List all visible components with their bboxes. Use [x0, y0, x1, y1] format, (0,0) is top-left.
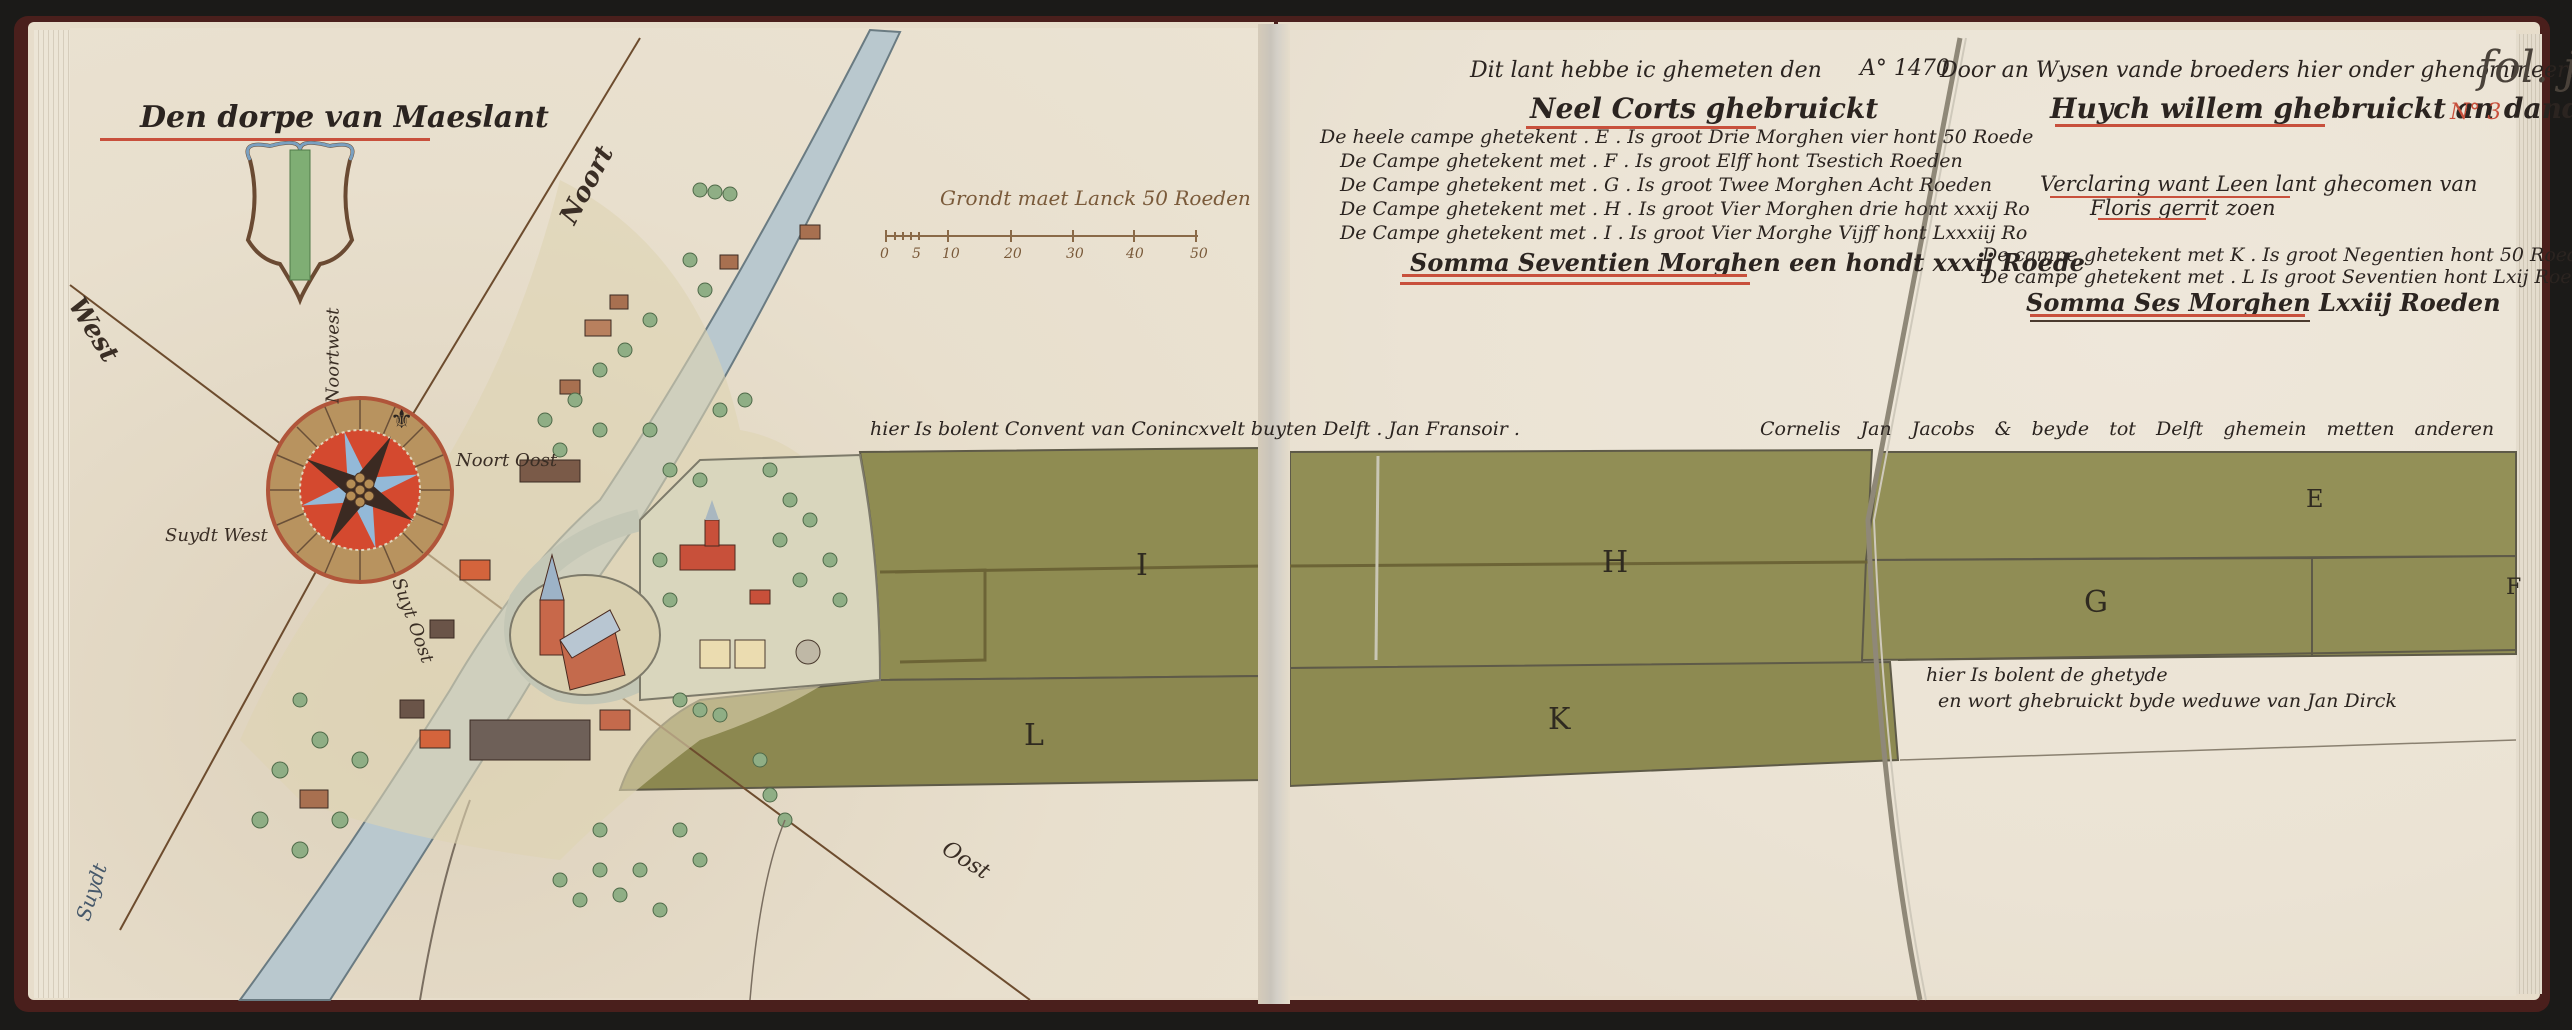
- field-label-I: I: [1136, 548, 1148, 583]
- scale-bar-title: Grondt maet Lanck 50 Roeden: [940, 186, 1251, 210]
- field-label-G: G: [2084, 585, 2108, 620]
- compass-rose[interactable]: ⚜: [268, 398, 452, 582]
- scale-tick-20: 20: [1004, 246, 1022, 262]
- bottom-note-line2: en wort ghebruickt byde weduwe van Jan D…: [1938, 690, 2397, 712]
- section2-subtitle: Floris gerrit zoen: [2090, 196, 2276, 220]
- bottom-note-line1: hier Is bolent de ghetyde: [1926, 664, 2168, 686]
- intro-text: Dit lant hebbe ic ghemeten den: [1470, 58, 1822, 83]
- sum-2: Somma Ses Morghen Lxxiij Roeden: [2026, 288, 2501, 317]
- sum2-underline-2: [2030, 320, 2310, 322]
- folio-number: fol. j: [2478, 42, 2572, 93]
- entry-K: De campe ghetekent met K . Is groot Nege…: [1982, 244, 2572, 266]
- field-I: [860, 448, 1262, 680]
- field-K: [1290, 662, 1898, 786]
- field-label-F: F: [2506, 575, 2521, 600]
- map-title: Den dorpe van Maeslant: [140, 100, 549, 135]
- compass-label-suydt-west: Suydt West: [165, 525, 268, 546]
- book-gutter: [1258, 24, 1290, 1004]
- field-F: [2312, 556, 2516, 656]
- fields: [620, 448, 2516, 790]
- entry-L: De campe ghetekent met . L Is groot Seve…: [1982, 266, 2572, 288]
- sum2-underline: [2030, 314, 2305, 317]
- sum1-underline-2: [1400, 282, 1750, 285]
- boundary-text-right: Cornelis Jan Jacobs & beyde tot Delft gh…: [1760, 418, 2494, 440]
- section2-sub-underline: [2098, 218, 2206, 220]
- field-label-K: K: [1548, 702, 1570, 737]
- field-label-H: H: [1602, 545, 1628, 580]
- book-spread: ⚜ Den dorpe van Maeslant Grondt maet Lan…: [0, 0, 2572, 1030]
- coat-of-arms: [248, 143, 353, 300]
- section2-title: Verclaring want Leen lant ghecomen van: [2040, 172, 2477, 196]
- entry-H: De Campe ghetekent met . H . Is groot Vi…: [1340, 198, 2030, 220]
- svg-text:⚜: ⚜: [390, 405, 413, 435]
- fountain: [796, 640, 820, 664]
- owner-neel-corts: Neel Corts ghebruickt: [1530, 92, 1878, 125]
- compass-label-noort-oost: Noort Oost: [456, 450, 557, 471]
- compass-label-noortwest: Noortwest: [322, 308, 343, 404]
- title-underline: [100, 138, 430, 141]
- scale-tick-10: 10: [942, 246, 960, 262]
- scale-tick-0: 0: [880, 246, 889, 262]
- entry-G: De Campe ghetekent met . G . Is groot Tw…: [1340, 174, 1992, 196]
- scale-tick-30: 30: [1066, 246, 1084, 262]
- field-label-E: E: [2306, 485, 2324, 513]
- sum1-underline-1: [1402, 274, 1747, 277]
- scale-bar: [886, 230, 1198, 242]
- scale-tick-50: 50: [1190, 246, 1208, 262]
- field-label-L: L: [1024, 718, 1044, 753]
- boundary-text-left: hier Is bolent Convent van Conincxvelt b…: [870, 418, 1520, 440]
- entry-I: De Campe ghetekent met . I . Is groot Vi…: [1340, 222, 2027, 244]
- scale-tick-40: 40: [1126, 246, 1144, 262]
- scale-tick-5: 5: [912, 246, 921, 262]
- field-E: [1866, 452, 2516, 560]
- entry-E: De heele campe ghetekent . E . Is groot …: [1320, 126, 2033, 148]
- owner2-underline: [2055, 124, 2325, 127]
- folio-note: N° 3: [2450, 100, 2501, 125]
- survey-year: A° 1470: [1860, 56, 1950, 81]
- entry-F: De Campe ghetekent met . F . Is groot El…: [1340, 150, 1963, 172]
